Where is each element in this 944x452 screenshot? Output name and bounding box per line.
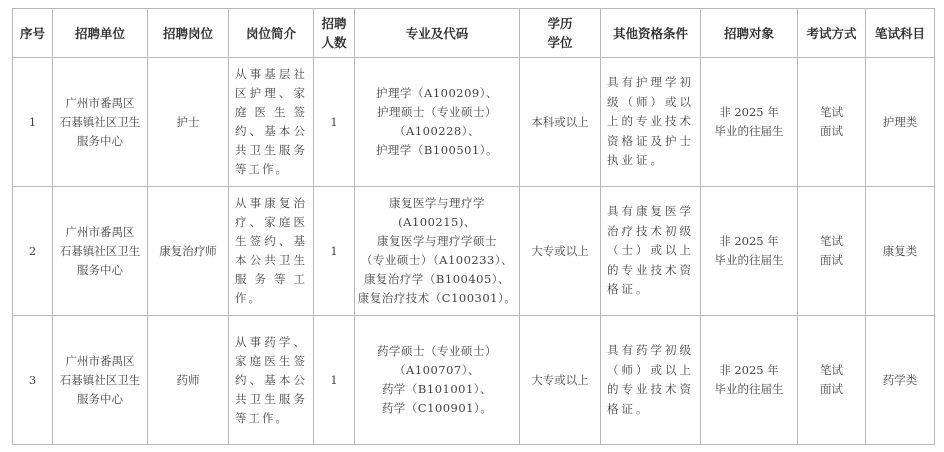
cell-exam-subject: 护理类 <box>866 58 935 187</box>
header-exam-method: 考试方式 <box>798 9 866 58</box>
cell-unit: 广州市番禺区 石碁镇社区卫生 服务中心 <box>53 187 148 316</box>
cell-exam-subject: 康复类 <box>866 187 935 316</box>
cell-exam-method: 笔试 面试 <box>798 58 866 187</box>
major-line: (A100215)、 <box>355 213 519 232</box>
target-line: 非 2025 年 <box>701 232 797 251</box>
cell-description: 从事药学、家庭医生签约、基本公共卫生服务等工作。 <box>229 316 314 445</box>
major-line: （A100707）、 <box>355 361 519 380</box>
description-text: 从事基层社区护理、家庭医生签约、基本公共卫生服务等工作。 <box>229 65 313 179</box>
cell-target: 非 2025 年 毕业的往届生 <box>701 58 798 187</box>
cell-major: 护理学（A100209）、 护理硕士（专业硕士） （A100228）、 护理学（… <box>355 58 520 187</box>
exam-method-line: 面试 <box>798 380 865 399</box>
header-qualifications: 其他资格条件 <box>601 9 701 58</box>
header-education-line: 学位 <box>520 33 600 52</box>
header-count-line: 招聘 <box>314 14 354 33</box>
major-line: 康复治疗学（B100405）、 <box>355 270 519 289</box>
unit-line: 石碁镇社区卫生 <box>53 371 147 390</box>
header-count-line: 人数 <box>314 33 354 52</box>
cell-education: 大专或以上 <box>520 316 601 445</box>
header-exam-subject: 笔试科目 <box>866 9 935 58</box>
table-row: 1 广州市番禺区 石碁镇社区卫生 服务中心 护士 从事基层社区护理、家庭医生签约… <box>13 58 935 187</box>
target-line: 毕业的往届生 <box>701 380 797 399</box>
major-line: （专业硕士）（A100233）、 <box>355 251 519 270</box>
unit-line: 服务中心 <box>53 390 147 409</box>
table-row: 2 广州市番禺区 石碁镇社区卫生 服务中心 康复治疗师 从事康复治疗、家庭医生签… <box>13 187 935 316</box>
cell-seq: 1 <box>13 58 53 187</box>
cell-major: 药学硕士（专业硕士） （A100707）、 药学（B101001）、 药学（C1… <box>355 316 520 445</box>
exam-method-line: 面试 <box>798 122 865 141</box>
description-text: 从事药学、家庭医生签约、基本公共卫生服务等工作。 <box>229 333 313 428</box>
major-line: 护理硕士（专业硕士） <box>355 103 519 122</box>
major-line: 药学硕士（专业硕士） <box>355 342 519 361</box>
recruitment-table: 序号 招聘单位 招聘岗位 岗位简介 招聘 人数 专业及代码 学历 学位 其他资格… <box>12 8 935 445</box>
cell-count: 1 <box>314 58 355 187</box>
cell-education: 大专或以上 <box>520 187 601 316</box>
unit-line: 石碁镇社区卫生 <box>53 113 147 132</box>
exam-method-line: 笔试 <box>798 361 865 380</box>
unit-line: 石碁镇社区卫生 <box>53 242 147 261</box>
major-line: 护理学（A100209）、 <box>355 84 519 103</box>
major-line: 药学（B101001）、 <box>355 380 519 399</box>
target-line: 非 2025 年 <box>701 361 797 380</box>
cell-seq: 3 <box>13 316 53 445</box>
qualifications-text: 具有康复医学治疗技术初级（士）或以上的专业技术资格证。 <box>601 202 700 300</box>
target-line: 毕业的往届生 <box>701 251 797 270</box>
cell-qualifications: 具有康复医学治疗技术初级（士）或以上的专业技术资格证。 <box>601 187 701 316</box>
header-major: 专业及代码 <box>355 9 520 58</box>
major-line: 康复治疗技术（C100301）。 <box>355 289 519 308</box>
cell-unit: 广州市番禺区 石碁镇社区卫生 服务中心 <box>53 58 148 187</box>
table-header-row: 序号 招聘单位 招聘岗位 岗位简介 招聘 人数 专业及代码 学历 学位 其他资格… <box>13 9 935 58</box>
unit-line: 广州市番禺区 <box>53 352 147 371</box>
cell-education: 本科或以上 <box>520 58 601 187</box>
cell-exam-subject: 药学类 <box>866 316 935 445</box>
cell-position: 康复治疗师 <box>148 187 229 316</box>
major-line: 护理学（B100501）。 <box>355 141 519 160</box>
cell-description: 从事基层社区护理、家庭医生签约、基本公共卫生服务等工作。 <box>229 58 314 187</box>
table-row: 3 广州市番禺区 石碁镇社区卫生 服务中心 药师 从事药学、家庭医生签约、基本公… <box>13 316 935 445</box>
header-education: 学历 学位 <box>520 9 601 58</box>
header-unit: 招聘单位 <box>53 9 148 58</box>
header-seq: 序号 <box>13 9 53 58</box>
cell-seq: 2 <box>13 187 53 316</box>
cell-exam-method: 笔试 面试 <box>798 187 866 316</box>
header-target: 招聘对象 <box>701 9 798 58</box>
cell-position: 药师 <box>148 316 229 445</box>
description-text: 从事康复治疗、家庭医生签约、基本公共卫生服务等工作。 <box>229 194 313 308</box>
exam-method-line: 笔试 <box>798 103 865 122</box>
unit-line: 服务中心 <box>53 132 147 151</box>
header-description: 岗位简介 <box>229 9 314 58</box>
cell-major: 康复医学与理疗学 (A100215)、 康复医学与理疗学硕士 （专业硕士）（A1… <box>355 187 520 316</box>
header-education-line: 学历 <box>520 14 600 33</box>
target-line: 毕业的往届生 <box>701 122 797 141</box>
target-line: 非 2025 年 <box>701 103 797 122</box>
exam-method-line: 笔试 <box>798 232 865 251</box>
qualifications-text: 具有药学初级（师）或以上的专业技术资格证。 <box>601 341 700 419</box>
cell-unit: 广州市番禺区 石碁镇社区卫生 服务中心 <box>53 316 148 445</box>
unit-line: 广州市番禺区 <box>53 94 147 113</box>
major-line: 康复医学与理疗学 <box>355 194 519 213</box>
cell-exam-method: 笔试 面试 <box>798 316 866 445</box>
qualifications-text: 具有护理学初级（师）或以上的专业技术资格证及护士执业证。 <box>601 73 700 171</box>
major-line: （A100228）、 <box>355 122 519 141</box>
cell-position: 护士 <box>148 58 229 187</box>
major-line: 药学（C100901）。 <box>355 399 519 418</box>
unit-line: 服务中心 <box>53 261 147 280</box>
cell-target: 非 2025 年 毕业的往届生 <box>701 316 798 445</box>
major-line: 康复医学与理疗学硕士 <box>355 232 519 251</box>
cell-qualifications: 具有护理学初级（师）或以上的专业技术资格证及护士执业证。 <box>601 58 701 187</box>
cell-count: 1 <box>314 187 355 316</box>
unit-line: 广州市番禺区 <box>53 223 147 242</box>
cell-description: 从事康复治疗、家庭医生签约、基本公共卫生服务等工作。 <box>229 187 314 316</box>
header-position: 招聘岗位 <box>148 9 229 58</box>
header-count: 招聘 人数 <box>314 9 355 58</box>
cell-count: 1 <box>314 316 355 445</box>
cell-qualifications: 具有药学初级（师）或以上的专业技术资格证。 <box>601 316 701 445</box>
cell-target: 非 2025 年 毕业的往届生 <box>701 187 798 316</box>
exam-method-line: 面试 <box>798 251 865 270</box>
